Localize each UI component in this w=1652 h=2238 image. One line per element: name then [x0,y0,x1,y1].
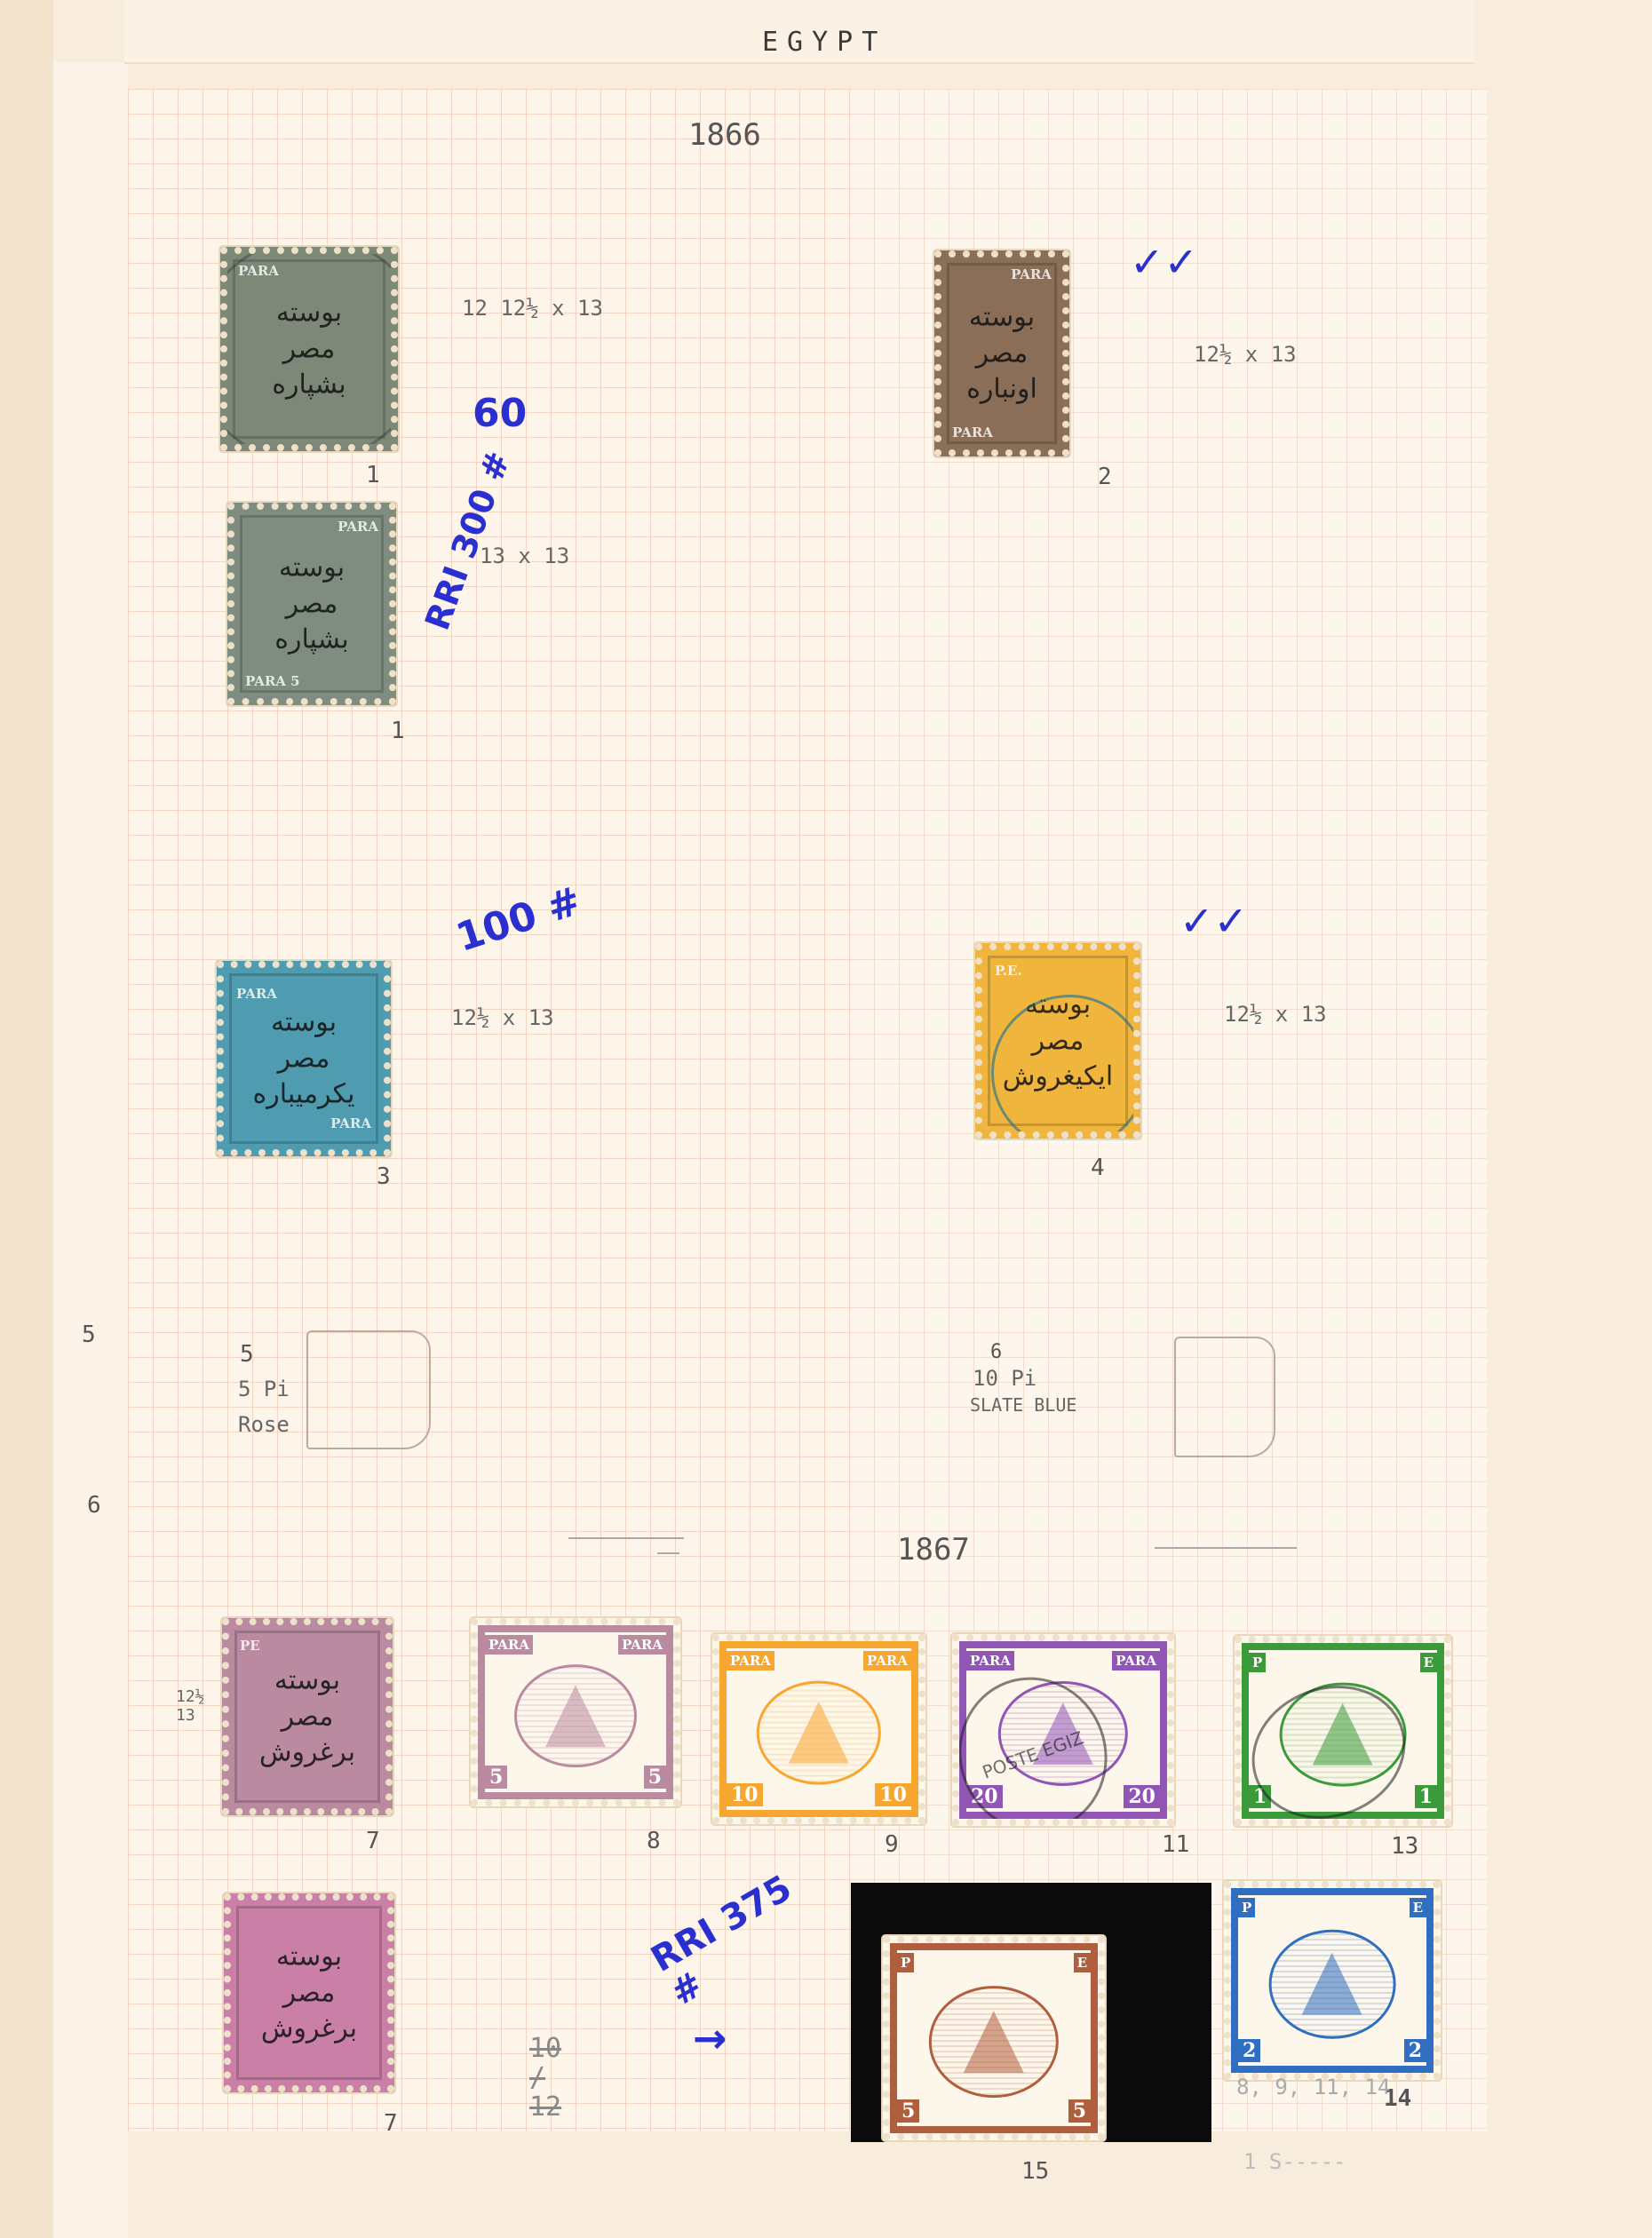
color-note: Rose [238,1412,290,1437]
perforation-note: 12½ x 13 [1224,1002,1327,1027]
color-note: SLATE BLUE [970,1394,1076,1416]
stamp-8-5para[interactable]: PARAPARA 55 [471,1618,680,1806]
crossed-out-note: 10 / 12 [529,2034,574,2122]
section-year-1867: 1867 [897,1532,970,1567]
catalog-number: 9 [885,1831,899,1858]
catalog-number: 7 [384,2110,398,2137]
catalog-number: 8 [647,1828,661,1854]
arrow-right-icon: → [693,2014,727,2062]
empty-stamp-space-6[interactable] [1174,1337,1275,1457]
page-margin [53,62,128,2238]
empty-stamp-space-5[interactable] [306,1330,431,1449]
catalog-number: 2 [1098,464,1112,490]
postmark-icon [220,247,398,451]
stamp-7-1pe-unused[interactable]: بوسته مصر برغروش [224,1893,394,2092]
check-mark-icon: ✓✓ [1179,897,1248,945]
margin-note: 5 [82,1321,96,1348]
sphinx-pyramid-icon [789,1702,849,1764]
denomination-note: 10 Pi [973,1366,1036,1391]
sphinx-pyramid-icon [545,1685,606,1747]
price-note: 60 [473,391,527,436]
stamp-15-5pe[interactable]: PE 55 [883,1936,1105,2140]
perforation-note: 12½ x 13 [451,1005,554,1030]
arabic-overprint: بوسته مصر برغروش [261,1939,357,2047]
catalog-number: 1 [391,718,405,744]
perforation-note: 13 x 13 [480,544,569,568]
arabic-overprint: بوسته مصر بشپاره [274,550,349,658]
catalog-number: 5 [240,1341,254,1368]
catalog-number: 3 [377,1163,391,1190]
arabic-overprint: بوسته مصر اونباره [966,299,1037,408]
catalog-number: 15 [1021,2158,1049,2185]
pencil-note: 1 S----- [1243,2149,1346,2174]
stamp-14-2pe[interactable]: PE 22 [1224,1881,1441,2080]
perforation-note: 12½ 13 [176,1687,211,1725]
perforation-note: 12 12½ x 13 [462,296,603,321]
stamp-4-2pe[interactable]: P.E. بوسته مصر ایکیغروش [975,943,1140,1139]
stamp-1-5para-unused[interactable]: PARA PARA 5 بوسته مصر بشپاره [227,503,396,705]
perforation-note: 12½ x 13 [1194,342,1297,367]
arabic-overprint: بوسته مصر برغروش [259,1663,355,1771]
denomination-note: 5 Pi [238,1377,290,1401]
sphinx-pyramid-icon [1302,1953,1362,2015]
pencil-note: 8, 9, 11, 14 [1236,2075,1390,2099]
catalog-number: 1 [366,462,380,488]
stamp-7-1pe-used[interactable]: PE بوسته مصر برغروش [222,1618,393,1815]
sphinx-pyramid-icon [964,2011,1024,2073]
stamp-2-10para-used[interactable]: PARA PARA بوسته مصر اونباره [934,250,1069,456]
album-spine [0,0,53,2238]
stamp-1-5para-used[interactable]: PARA بوسته مصر بشپاره [220,247,398,451]
margin-note: 6 [87,1492,101,1519]
catalog-number: 6 [990,1341,1002,1363]
page-title: EGYPT [762,27,886,58]
catalog-number: 13 [1391,1833,1418,1860]
stamp-13-1pe[interactable]: PE 11 [1235,1636,1451,1826]
stamp-11-20para[interactable]: PARAPARA 2020 POSTE EGIZ [952,1634,1174,1826]
catalog-number: 11 [1162,1831,1189,1858]
arabic-overprint: بوسته مصر یکرمیباره [253,1004,355,1113]
check-mark-icon: ✓✓ [1130,238,1198,286]
stamp-9-10para[interactable]: PARAPARA 1010 [712,1634,925,1824]
catalog-number: 7 [366,1828,380,1854]
catalog-number: 4 [1091,1155,1105,1181]
section-year-1866: 1866 [688,117,761,153]
stamp-3-20para[interactable]: PARA PARA بوسته مصر یکرمیباره [217,961,391,1156]
